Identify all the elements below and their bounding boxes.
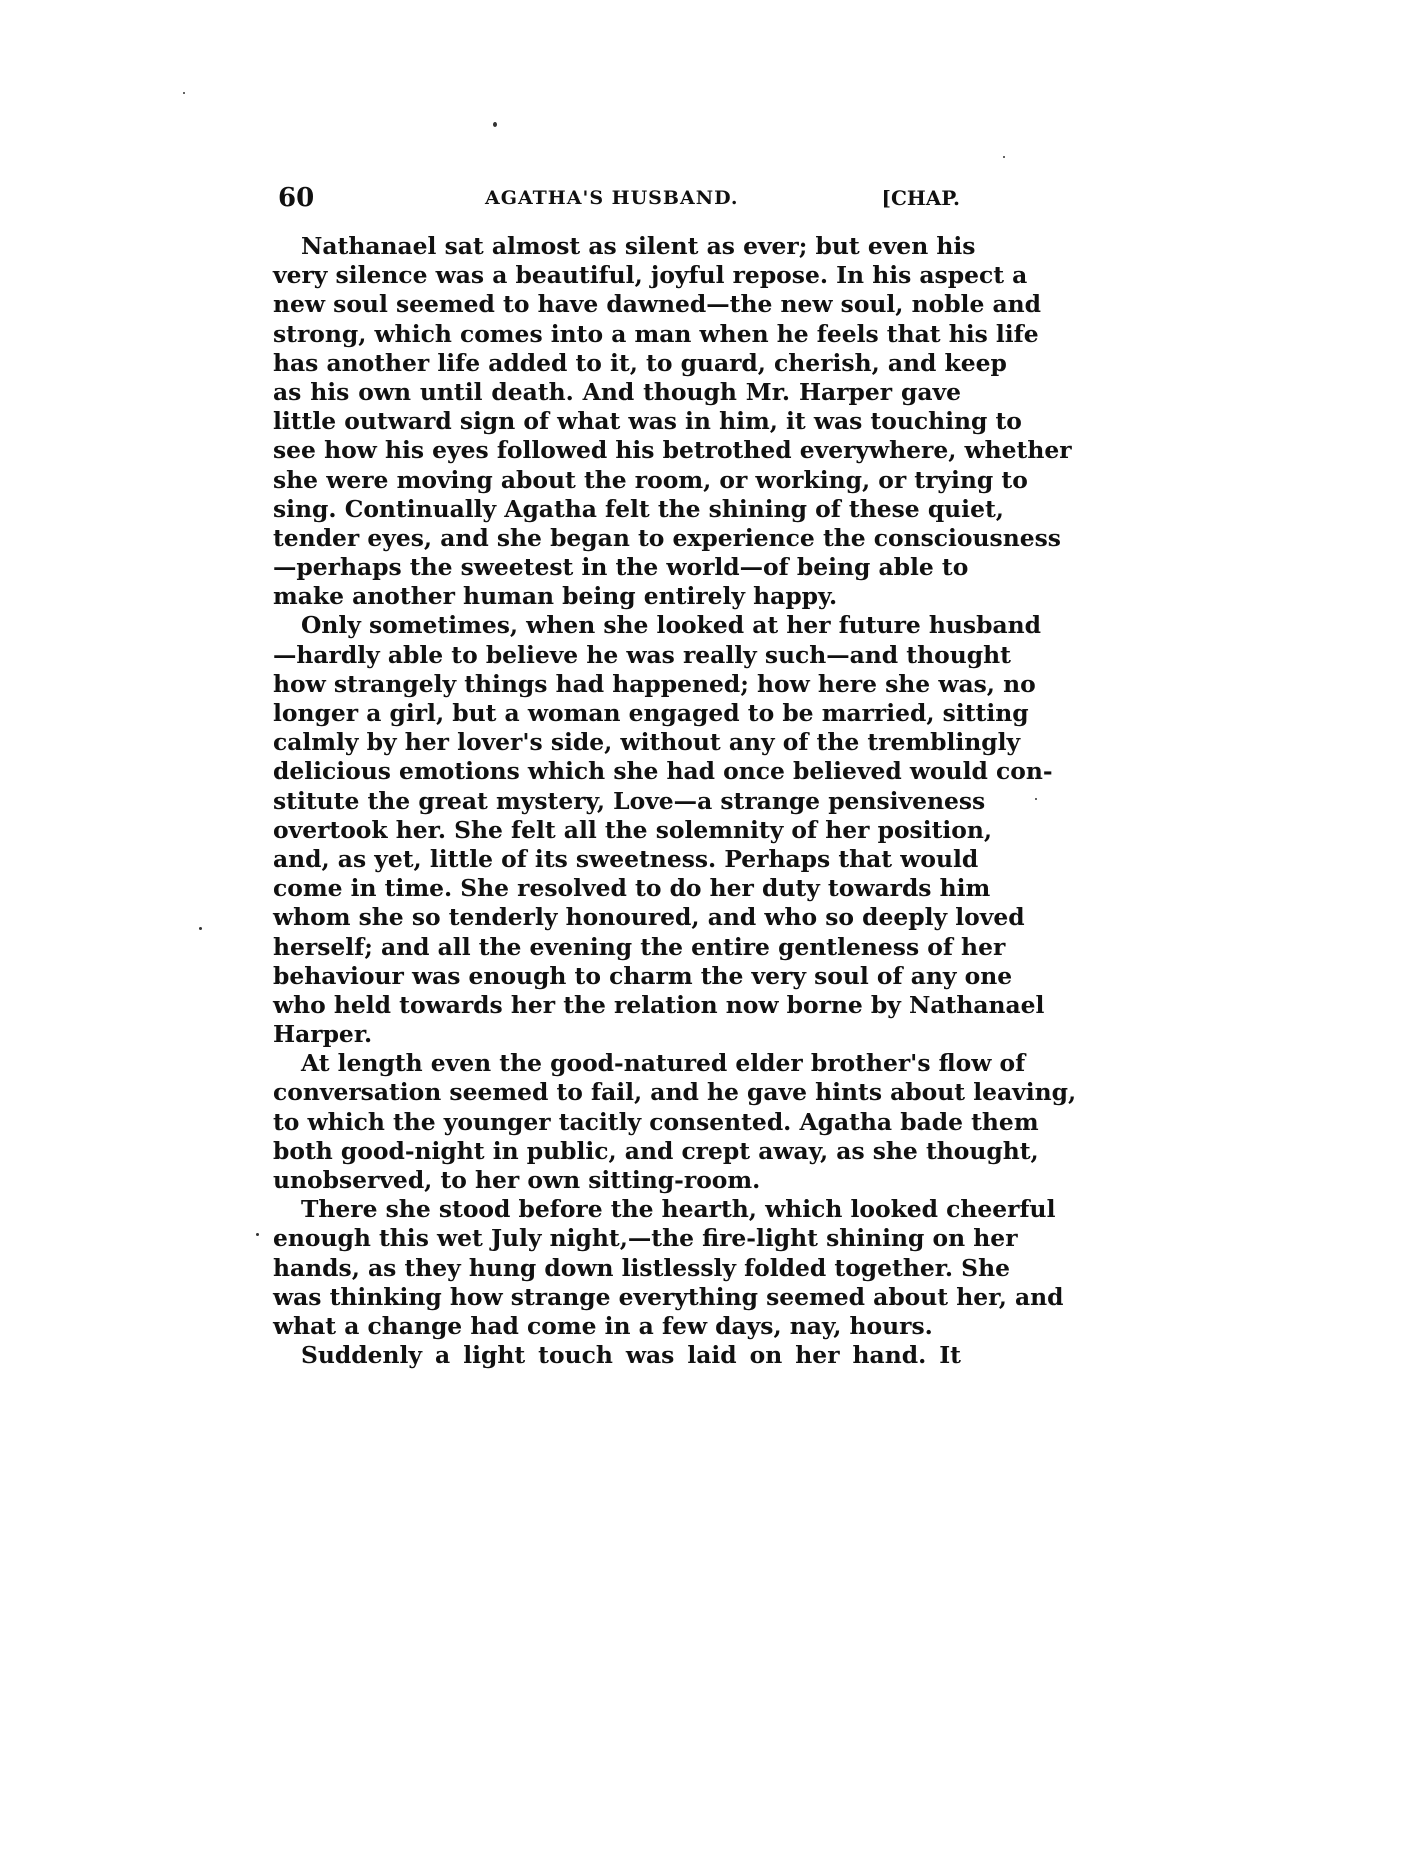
text-line: new soul seemed to have dawned—the new s… (273, 290, 961, 319)
text-line: longer a girl, but a woman engaged to be… (273, 699, 961, 728)
text-line: Only sometimes, when she looked at her f… (273, 611, 961, 640)
text-line: whom she so tenderly honoured, and who s… (273, 903, 961, 932)
scan-speck (1003, 156, 1005, 158)
text-line: calmly by her lover's side, without any … (273, 728, 961, 757)
text-line: Nathanael sat almost as silent as ever; … (273, 232, 961, 261)
scan-speck (256, 1233, 259, 1236)
text-line: At length even the good-natured elder br… (273, 1049, 961, 1078)
body-text: Nathanael sat almost as silent as ever; … (273, 232, 961, 1370)
text-line: who held towards her the relation now bo… (273, 991, 961, 1020)
text-line: strong, which comes into a man when he f… (273, 320, 961, 349)
page-number: 60 (278, 183, 314, 213)
book-page: 60 AGATHA'S HUSBAND. [CHAP. Nathanael sa… (0, 0, 1401, 1851)
text-line: how strangely things had happened; how h… (273, 670, 961, 699)
text-line: conversation seemed to fail, and he gave… (273, 1078, 961, 1107)
text-line: and, as yet, little of its sweetness. Pe… (273, 845, 961, 874)
page-header: 60 AGATHA'S HUSBAND. [CHAP. (278, 183, 960, 217)
text-line: delicious emotions which she had once be… (273, 757, 961, 786)
text-line: unobserved, to her own sitting-room. (273, 1166, 961, 1195)
scan-speck (199, 927, 202, 930)
text-line: both good-night in public, and crept awa… (273, 1137, 961, 1166)
text-line: come in time. She resolved to do her dut… (273, 874, 961, 903)
scan-speck (1035, 798, 1037, 800)
scan-speck (493, 122, 497, 127)
text-line: hands, as they hung down listlessly fold… (273, 1254, 961, 1283)
text-line: —perhaps the sweetest in the world—of be… (273, 553, 961, 582)
text-line: herself; and all the evening the entire … (273, 933, 961, 962)
text-line: what a change had come in a few days, na… (273, 1312, 961, 1341)
text-line: see how his eyes followed his betrothed … (273, 436, 961, 465)
text-line: make another human being entirely happy. (273, 582, 961, 611)
text-line: has another life added to it, to guard, … (273, 349, 961, 378)
running-title: AGATHA'S HUSBAND. (485, 187, 738, 209)
text-line: enough this wet July night,—the fire-lig… (273, 1224, 961, 1253)
text-line: Suddenly a light touch was laid on her h… (273, 1341, 961, 1370)
text-line: was thinking how strange everything seem… (273, 1283, 961, 1312)
text-line: overtook her. She felt all the solemnity… (273, 816, 961, 845)
text-line: to which the younger tacitly consented. … (273, 1108, 961, 1137)
text-line: Harper. (273, 1020, 961, 1049)
text-line: as his own until death. And though Mr. H… (273, 378, 961, 407)
text-line: stitute the great mystery, Love—a strang… (273, 787, 961, 816)
scan-speck (183, 92, 185, 94)
text-line: she were moving about the room, or worki… (273, 466, 961, 495)
text-line: There she stood before the hearth, which… (273, 1195, 961, 1224)
text-line: behaviour was enough to charm the very s… (273, 962, 961, 991)
text-line: sing. Continually Agatha felt the shinin… (273, 495, 961, 524)
text-line: —hardly able to believe he was really su… (273, 641, 961, 670)
text-line: very silence was a beautiful, joyful rep… (273, 261, 961, 290)
text-line: little outward sign of what was in him, … (273, 407, 961, 436)
text-line: tender eyes, and she began to experience… (273, 524, 961, 553)
chapter-marker: [CHAP. (882, 186, 961, 210)
